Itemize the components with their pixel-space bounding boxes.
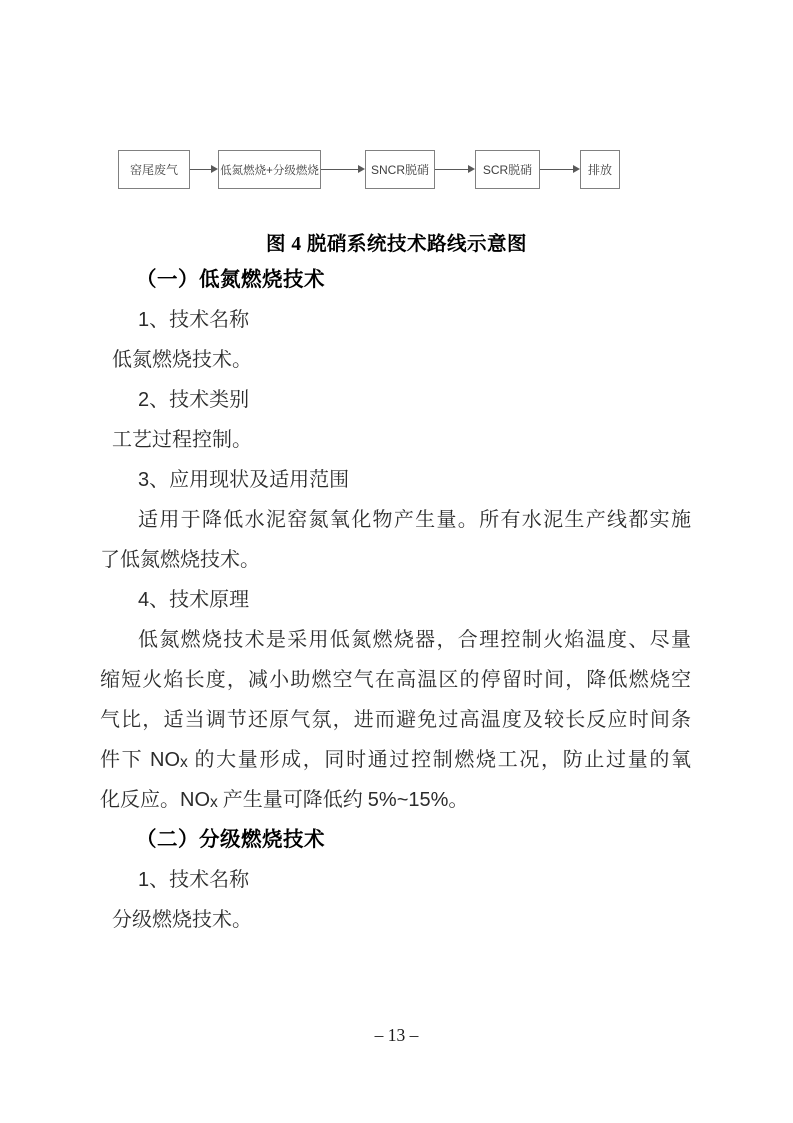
flow-node-5: 排放: [580, 150, 620, 189]
flow-arrow-line: [321, 169, 358, 170]
text-line: 2、技术类别: [100, 380, 691, 420]
section-heading: （二）分级燃烧技术: [100, 820, 691, 860]
arrow-right-icon: [211, 165, 218, 173]
text-line: 缩短火焰长度，减小助燃空气在高温区的停留时间，降低燃烧空: [100, 660, 691, 700]
flow-node-4: SCR脱硝: [475, 150, 540, 189]
nox-formula: NOx: [180, 789, 218, 811]
text-line: 适用于降低水泥窑氮氧化物产生量。所有水泥生产线都实施: [100, 500, 691, 540]
text-line: 工艺过程控制。: [100, 420, 691, 460]
arrow-right-icon: [468, 165, 475, 173]
arrow-right-icon: [573, 165, 580, 173]
section-heading: （一）低氮燃烧技术: [100, 260, 691, 300]
document-page: 窑尾废气低氮燃烧+分级燃烧SNCR脱硝SCR脱硝排放 图 4 脱硝系统技术路线示…: [0, 0, 793, 1123]
text-line: 件下 NOx 的大量形成，同时通过控制燃烧工况，防止过量的氧: [100, 740, 691, 780]
flowchart: 窑尾废气低氮燃烧+分级燃烧SNCR脱硝SCR脱硝排放: [0, 0, 793, 210]
text-line: 化反应。NOx 产生量可降低约 5%~15%。: [100, 780, 691, 820]
text-line: 3、应用现状及适用范围: [100, 460, 691, 500]
text-line: 1、技术名称: [100, 860, 691, 900]
text-line: 1、技术名称: [100, 300, 691, 340]
flow-node-3: SNCR脱硝: [365, 150, 435, 189]
text-line: 低氮燃烧技术。: [100, 340, 691, 380]
text-line: 分级燃烧技术。: [100, 900, 691, 940]
text-line: 气比，适当调节还原气氛，进而避免过高温度及较长反应时间条: [100, 700, 691, 740]
flow-arrow-line: [435, 169, 468, 170]
flow-arrow-line: [540, 169, 573, 170]
page-number: – 13 –: [0, 1025, 793, 1046]
content: （一）低氮燃烧技术1、技术名称低氮燃烧技术。2、技术类别工艺过程控制。3、应用现…: [100, 260, 691, 940]
nox-formula: NOx: [150, 749, 188, 771]
text-line: 了低氮燃烧技术。: [100, 540, 691, 580]
flow-arrow-line: [190, 169, 211, 170]
text-line: 4、技术原理: [100, 580, 691, 620]
text-line: 低氮燃烧技术是采用低氮燃烧器，合理控制火焰温度、尽量: [100, 620, 691, 660]
flow-node-1: 窑尾废气: [118, 150, 190, 189]
flow-node-2: 低氮燃烧+分级燃烧: [218, 150, 321, 189]
figure-caption: 图 4 脱硝系统技术路线示意图: [0, 228, 793, 256]
arrow-right-icon: [358, 165, 365, 173]
